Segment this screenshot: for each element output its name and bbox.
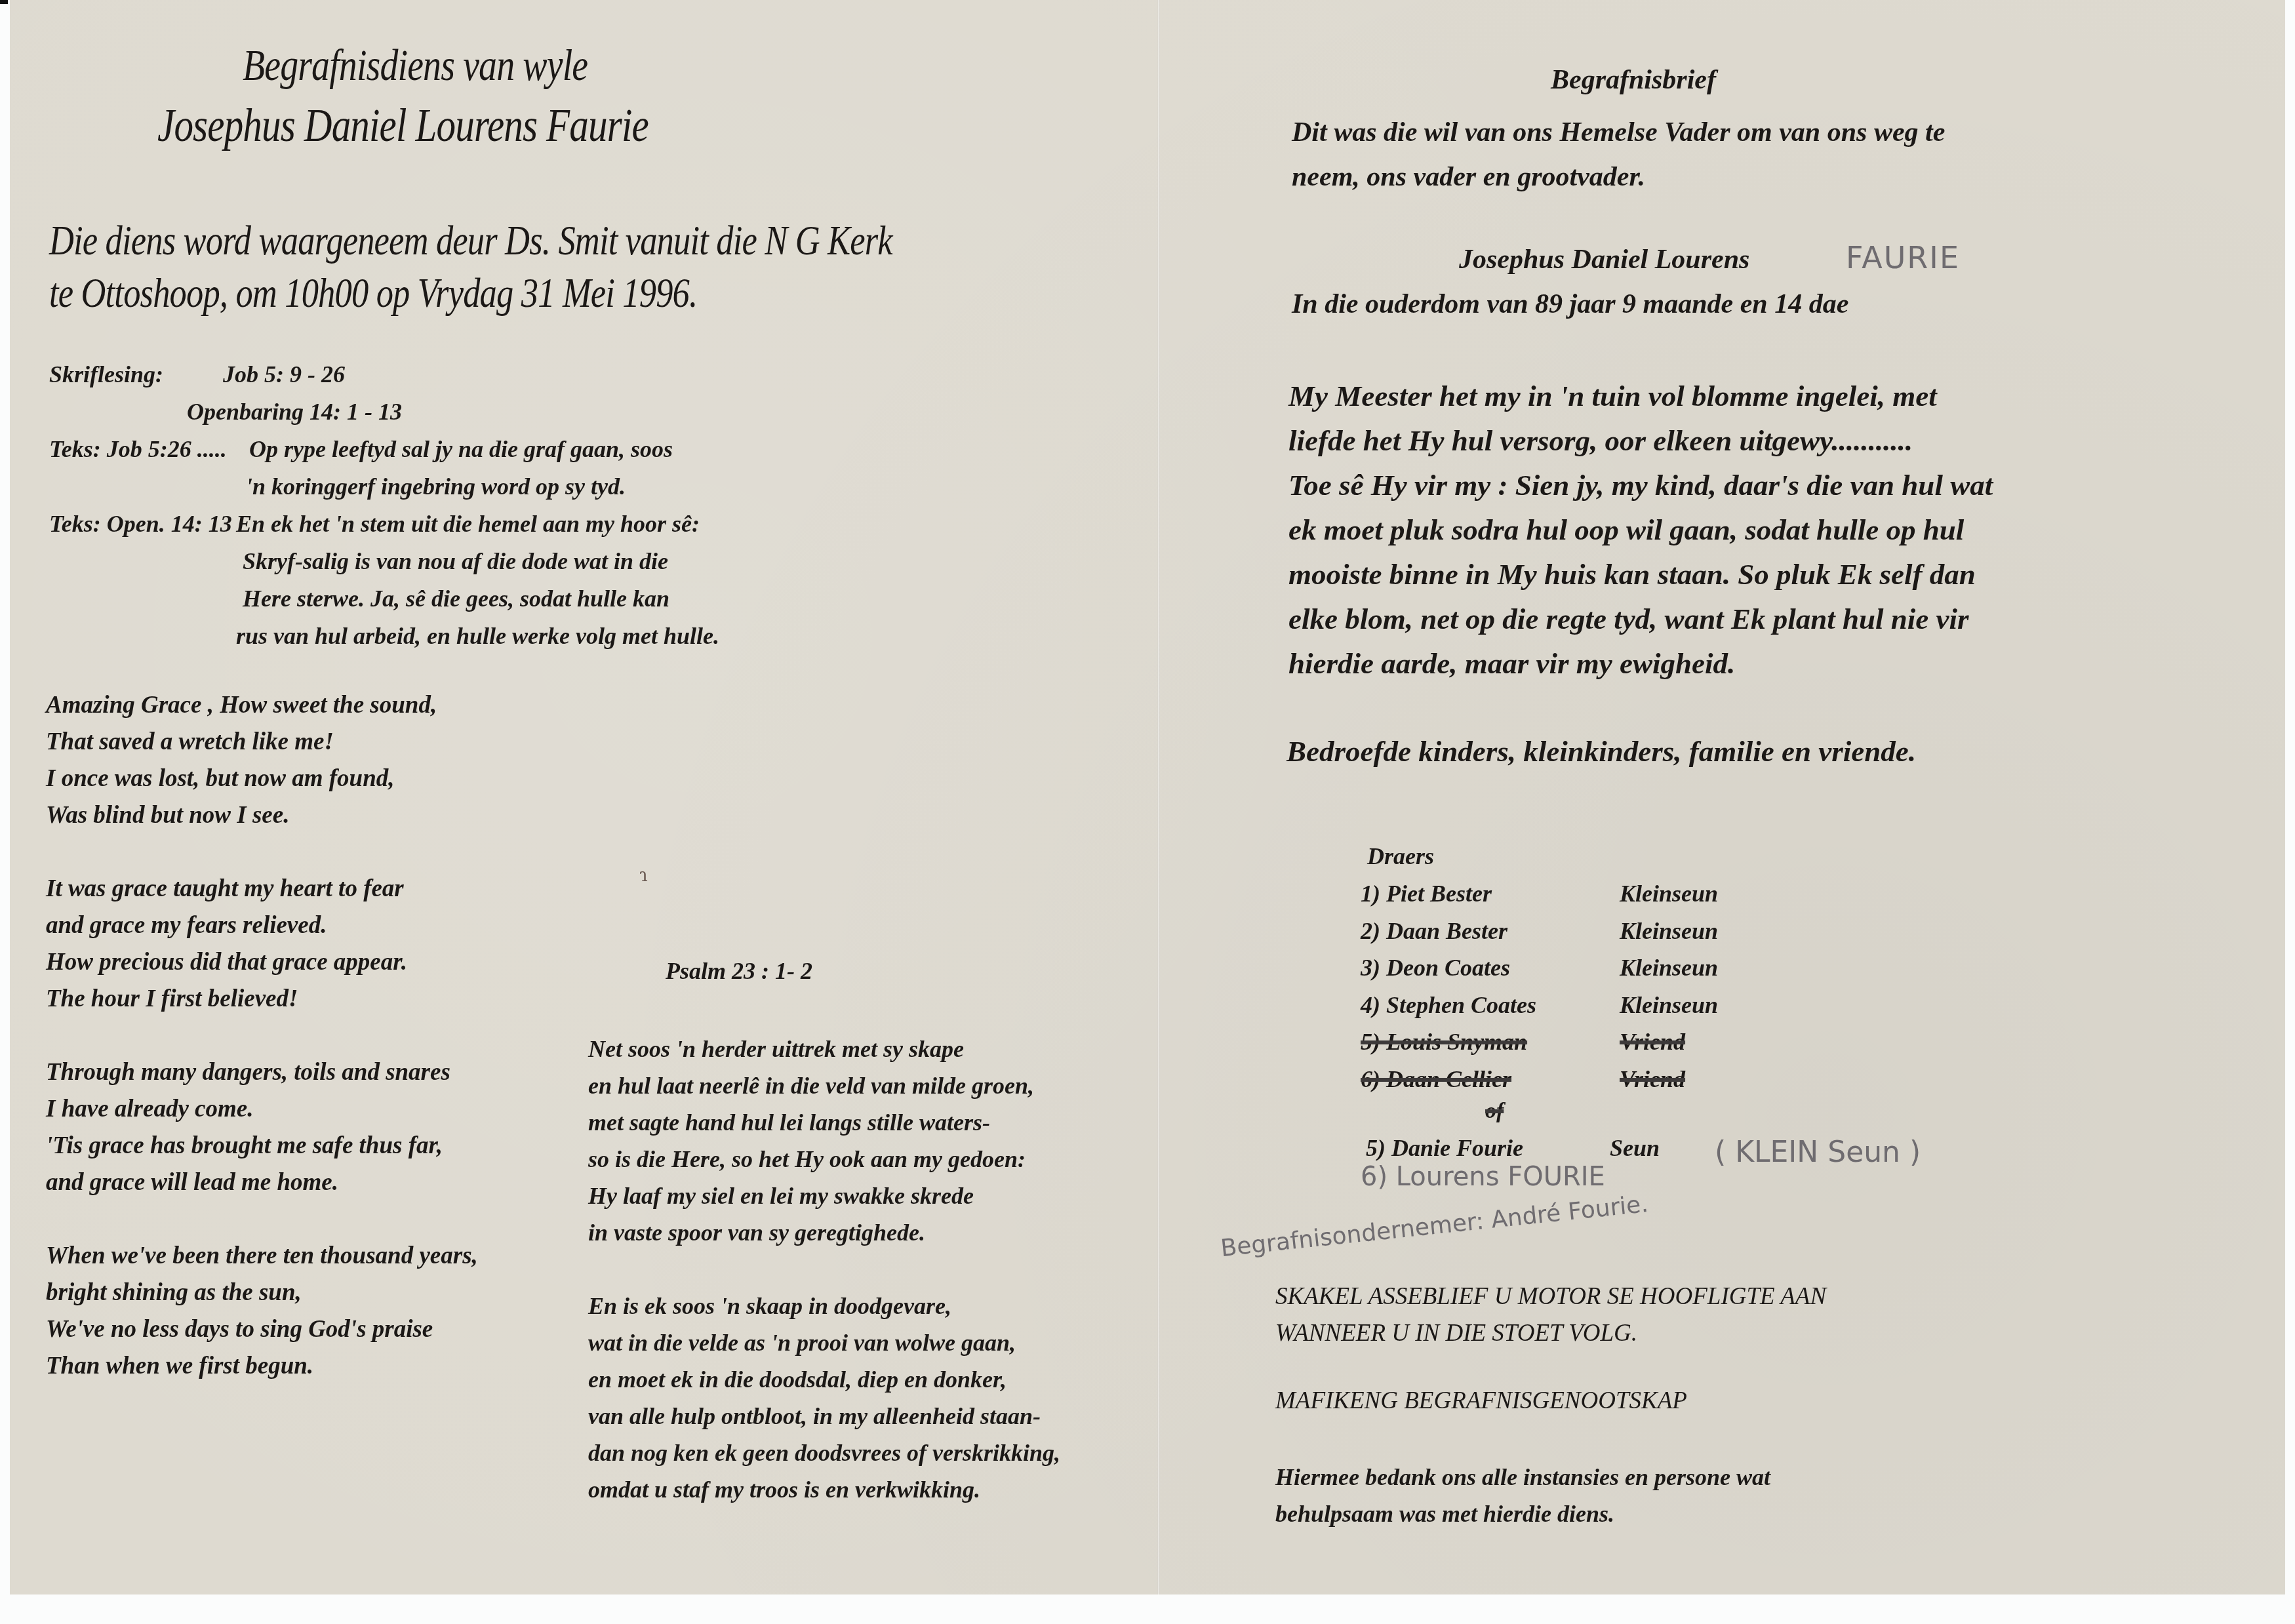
pallbearer-row: 1) Piet BesterKleinseun bbox=[1361, 875, 1820, 913]
stanza: Amazing Grace , How sweet the sound,That… bbox=[46, 687, 478, 834]
psalm-line: omdat u staf my troos is en verkwikking. bbox=[588, 1471, 1060, 1508]
pallbearer-relation: Vriend bbox=[1620, 1023, 1685, 1061]
pallbearer-name: 1) Piet Bester bbox=[1361, 875, 1492, 913]
service-details-line-2: te Ottoshoop, om 10h00 op Vrydag 31 Mei … bbox=[49, 269, 697, 317]
poem-line: mooiste binne in My huis kan staan. So p… bbox=[1288, 552, 1993, 597]
deceased-full-name: Josephus Daniel Lourens Faurie bbox=[157, 98, 649, 153]
funeral-letter-title: Begrafnisbrief bbox=[1551, 64, 1716, 96]
hymn-line: The hour I first believed! bbox=[46, 981, 478, 1018]
psalm-line: in vaste spoor van sy geregtighede. bbox=[588, 1214, 1060, 1251]
psalm-line: dan nog ken ek geen doodsvrees of verskr… bbox=[588, 1435, 1060, 1471]
pallbearer-name: 4) Stephen Coates bbox=[1361, 987, 1536, 1024]
psalm-line: Hy laaf my siel en lei my swakke skrede bbox=[588, 1178, 1060, 1214]
pallbearer-extra-relation: Seun bbox=[1610, 1134, 1660, 1162]
hymn-line: When we've been there ten thousand years… bbox=[46, 1238, 478, 1275]
stanza: Net soos 'n herder uittrek met sy skapee… bbox=[588, 1031, 1060, 1251]
reading-text: Here sterwe. Ja, sê die gees, sodat hull… bbox=[243, 580, 669, 618]
mourners-line: Bedroefde kinders, kleinkinders, familie… bbox=[1287, 734, 1916, 768]
thanks-note: Hiermee bedank ons alle instansies en pe… bbox=[1275, 1459, 1770, 1532]
struck-or: of bbox=[1485, 1099, 1504, 1124]
pallbearer-name: 5) Louis Snyman bbox=[1361, 1023, 1527, 1061]
pallbearer-name: 3) Deon Coates bbox=[1361, 949, 1510, 987]
reading-label: Teks: Open. 14: 13 bbox=[49, 505, 232, 543]
stanza: When we've been there ten thousand years… bbox=[46, 1238, 478, 1385]
pallbearer-row: 2) Daan BesterKleinseun bbox=[1361, 913, 1820, 950]
scan-corner-mark bbox=[0, 0, 8, 4]
psalm-line: van alle hulp ontbloot, in my alleenheid… bbox=[588, 1398, 1060, 1435]
service-title: Begrafnisdiens van wyle bbox=[243, 39, 588, 91]
reading-text: Op rype leeftyd sal jy na die graf gaan,… bbox=[249, 431, 673, 468]
psalm-line: Net soos 'n herder uittrek met sy skape bbox=[588, 1031, 1060, 1067]
intro-line: neem, ons vader en grootvader. bbox=[1292, 155, 1945, 199]
hymn-line: bright shining as the sun, bbox=[46, 1275, 478, 1311]
pallbearer-relation: Kleinseun bbox=[1620, 913, 1718, 950]
psalm-line: En is ek soos 'n skaap in doodgevare, bbox=[588, 1288, 1060, 1324]
pallbearers-list: 1) Piet BesterKleinseun2) Daan BesterKle… bbox=[1361, 875, 1820, 1098]
age-at-death: In die ouderdom van 89 jaar 9 maande en … bbox=[1292, 288, 1848, 320]
psalm-line: wat in die velde as 'n prooi van wolwe g… bbox=[588, 1324, 1060, 1361]
hymn-line: Amazing Grace , How sweet the sound, bbox=[46, 687, 478, 724]
hymn-line: We've no less days to sing God's praise bbox=[46, 1311, 478, 1348]
handwritten-surname: FAURIE bbox=[1846, 240, 1960, 275]
psalm-line: so is die Here, so het Hy ook aan my ged… bbox=[588, 1141, 1060, 1178]
hymn-line: That saved a wretch like me! bbox=[46, 724, 478, 761]
pallbearer-relation: Kleinseun bbox=[1620, 987, 1718, 1024]
reading-text: Skryf-salig is van nou af die dode wat i… bbox=[243, 543, 668, 580]
pallbearer-name: 6) Daan Cellier bbox=[1361, 1061, 1511, 1098]
pallbearer-row: 6) Daan CellierVriend bbox=[1361, 1061, 1820, 1098]
psalm-line: met sagte hand hul lei langs stille wate… bbox=[588, 1104, 1060, 1141]
pallbearer-extra-name: 5) Danie Fourie bbox=[1366, 1134, 1523, 1162]
pallbearer-relation: Kleinseun bbox=[1620, 875, 1718, 913]
psalm-title: Psalm 23 : 1- 2 bbox=[666, 957, 812, 985]
psalm-line: en moet ek in die doodsdal, diep en donk… bbox=[588, 1361, 1060, 1398]
psalm-line: en hul laat neerlê in die veld van milde… bbox=[588, 1067, 1060, 1104]
psalm-23-text: Net soos 'n herder uittrek met sy skapee… bbox=[588, 1031, 1060, 1545]
stanza: It was grace taught my heart to fearand … bbox=[46, 871, 478, 1018]
hymn-line: Was blind but now I see. bbox=[46, 797, 478, 834]
hymn-line: It was grace taught my heart to fear bbox=[46, 871, 478, 907]
reading-text: 'n koringgerf ingebring word op sy tyd. bbox=[246, 468, 626, 505]
pallbearer-row: 3) Deon CoatesKleinseun bbox=[1361, 949, 1820, 987]
hymn-line: and grace my fears relieved. bbox=[46, 907, 478, 944]
funeral-letter-intro: Dit was die wil van ons Hemelse Vader om… bbox=[1292, 110, 1945, 199]
handwritten-pallbearer: 6) Lourens FOURIE bbox=[1361, 1162, 1605, 1192]
hymn-line: How precious did that grace appear. bbox=[46, 944, 478, 981]
notice-line: SKAKEL ASSEBLIEF U MOTOR SE HOOFLIGTE AA… bbox=[1275, 1278, 1826, 1315]
hymn-line: I once was lost, but now am found, bbox=[46, 761, 478, 797]
poem-line: My Meester het my in 'n tuin vol blomme … bbox=[1288, 374, 1993, 418]
stanza: En is ek soos 'n skaap in doodgevare,wat… bbox=[588, 1288, 1060, 1508]
reading-text: Openbaring 14: 1 - 13 bbox=[187, 393, 402, 431]
headlights-notice: SKAKEL ASSEBLIEF U MOTOR SE HOOFLIGTE AA… bbox=[1275, 1278, 1826, 1352]
notice-line: WANNEER U IN DIE STOET VOLG. bbox=[1275, 1315, 1826, 1352]
pencil-mark: ɿ bbox=[639, 864, 648, 886]
poem-line: liefde het Hy hul versorg, oor elkeen ui… bbox=[1288, 418, 1993, 463]
service-details-line-1: Die diens word waargeneem deur Ds. Smit … bbox=[49, 216, 892, 265]
poem-line: hierdie aarde, maar vir my ewigheid. bbox=[1288, 641, 1993, 686]
reading-label: Teks: Job 5:26 ..... bbox=[49, 431, 227, 468]
poem-line: elke blom, net op die regte tyd, want Ek… bbox=[1288, 597, 1993, 641]
thanks-line: Hiermee bedank ons alle instansies en pe… bbox=[1275, 1459, 1770, 1495]
poem-line: Toe sê Hy vir my : Sien jy, my kind, daa… bbox=[1288, 463, 1993, 507]
center-fold bbox=[1157, 0, 1160, 1594]
poem-line: ek moet pluk sodra hul oop wil gaan, sod… bbox=[1288, 507, 1993, 552]
pallbearer-name: 2) Daan Bester bbox=[1361, 913, 1507, 950]
stanza: Through many dangers, toils and snares I… bbox=[46, 1054, 478, 1201]
pallbearer-row: 5) Louis SnymanVriend bbox=[1361, 1023, 1820, 1061]
thanks-line: behulpsaam was met hierdie diens. bbox=[1275, 1495, 1770, 1532]
hymn-amazing-grace: Amazing Grace , How sweet the sound,That… bbox=[46, 687, 478, 1421]
hymn-line: 'Tis grace has brought me safe thus far, bbox=[46, 1128, 478, 1164]
reading-label: Skriflesing: bbox=[49, 356, 163, 393]
pallbearer-relation: Kleinseun bbox=[1620, 949, 1718, 987]
reading-text: Job 5: 9 - 26 bbox=[223, 356, 345, 393]
reading-text: rus van hul arbeid, en hulle werke volg … bbox=[236, 618, 719, 655]
memorial-poem: My Meester het my in 'n tuin vol blomme … bbox=[1288, 374, 1993, 686]
reading-text: En ek het 'n stem uit die hemel aan my h… bbox=[236, 505, 700, 543]
hymn-line: Than when we first begun. bbox=[46, 1348, 478, 1385]
handwritten-note: ( KLEIN Seun ) bbox=[1715, 1136, 1921, 1169]
pallbearers-title: Draers bbox=[1367, 842, 1434, 870]
hymn-line: and grace will lead me home. bbox=[46, 1164, 478, 1201]
hymn-line: Through many dangers, toils and snares bbox=[46, 1054, 478, 1091]
hymn-line: I have already come. bbox=[46, 1091, 478, 1128]
deceased-name: Josephus Daniel Lourens bbox=[1459, 244, 1749, 275]
pallbearer-row: 4) Stephen CoatesKleinseun bbox=[1361, 987, 1820, 1024]
pallbearer-relation: Vriend bbox=[1620, 1061, 1685, 1098]
intro-line: Dit was die wil van ons Hemelse Vader om… bbox=[1292, 110, 1945, 155]
undertaker-name: MAFIKENG BEGRAFNISGENOOTSKAP bbox=[1275, 1387, 1687, 1415]
